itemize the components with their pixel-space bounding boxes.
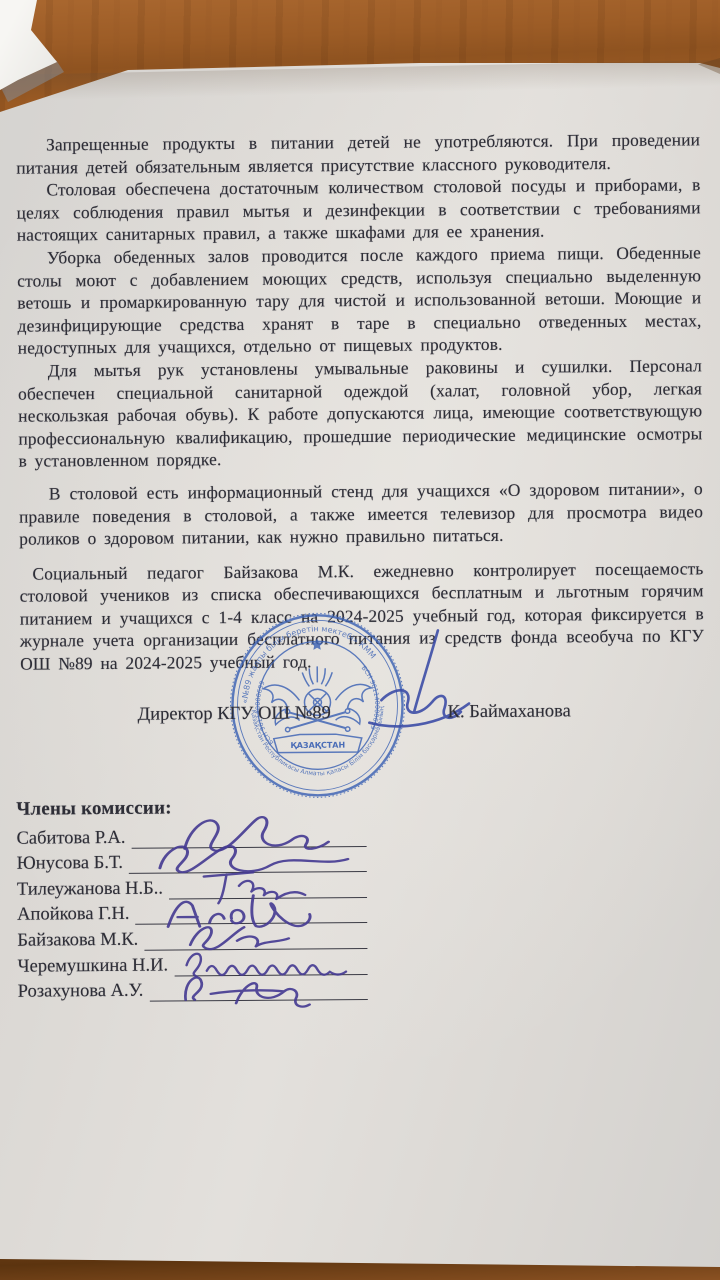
document-content: Запрещенные продукты в питании детей не … — [0, 0, 720, 1280]
commission-member-row: Розахунова А.У. — [18, 975, 368, 1003]
director-name: К. Баймаханова — [447, 701, 570, 723]
photo-of-document: Запрещенные продукты в питании детей не … — [0, 0, 720, 1280]
member-signature — [155, 962, 362, 1010]
director-signoff-row: Директор КГУ ОШ №89 К. Баймаханова — [1, 700, 720, 736]
commission-member-name: Юнусова Б.Т. — [17, 853, 129, 875]
commission-member-name: Апойкова Г.Н. — [17, 904, 135, 926]
document-body-text: Запрещенные продукты в питании детей не … — [16, 128, 704, 675]
commission-member-name: Сабитова Р.А. — [16, 827, 131, 849]
paragraph: Уборка обеденных залов проводится после … — [17, 241, 702, 359]
commission-block: Члены комиссии: Сабитова Р.А. Юнусова Б.… — [16, 796, 368, 1003]
paragraph: В столовой есть информационный стенд для… — [19, 477, 704, 550]
stamp-banner-text: ҚАЗАҚСТАН — [290, 741, 345, 750]
commission-member-name: Розахунова А.У. — [18, 981, 150, 1003]
paragraph: Запрещенные продукты в питании детей не … — [16, 128, 700, 179]
paragraph: Столовая обеспечена достаточным количест… — [16, 174, 701, 247]
signature-line — [149, 974, 368, 1002]
paragraph: Для мытья рук установлены умывальные рак… — [18, 354, 703, 472]
commission-member-name: Байзакова М.К. — [17, 930, 144, 952]
director-title: Директор КГУ ОШ №89 — [138, 703, 331, 726]
